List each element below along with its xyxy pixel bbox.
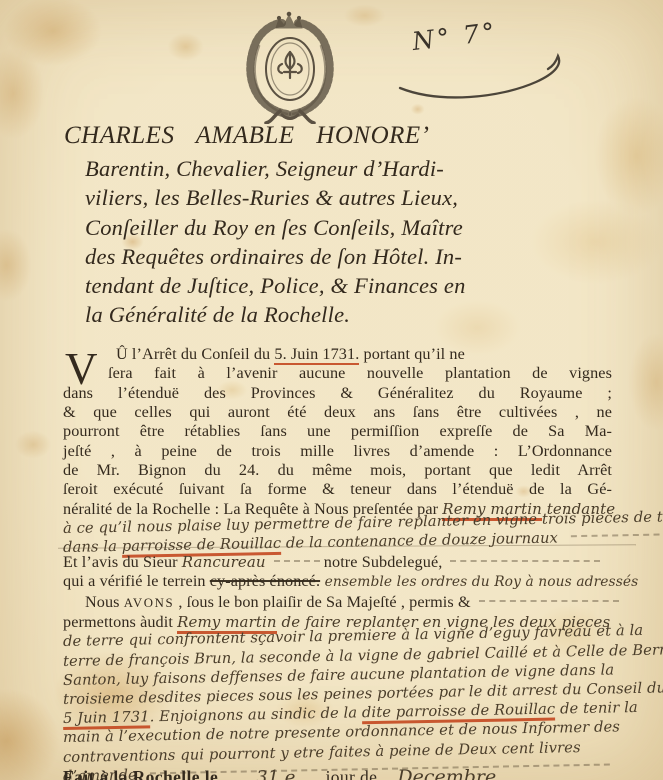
handwritten-insert: ensemble les ordres du Roy à nous adress…	[320, 574, 638, 590]
dateline-printed2: jour de	[325, 767, 377, 780]
title-line: Conſeiller du Roy en ſes Conſeils, Maîtr…	[85, 213, 466, 242]
red-underlined-date: 5. Juin 1731.	[274, 345, 359, 365]
body-text: portant qu’il ne	[359, 345, 465, 363]
body-text: , ſous le bon plaiſir de Sa Majeſté , pe…	[174, 593, 470, 611]
paragraph-decree: V Û l’Arrêt du Conſeil du 5. Juin 1731. …	[63, 345, 612, 558]
title-line: viliers, les Belles-Ruries & autres Lieu…	[85, 183, 466, 212]
body-text: Û l’Arrêt du Conſeil du	[116, 345, 274, 363]
body-line: & que celles qui auront été deux ans ſan…	[63, 403, 612, 422]
dateline-month: Decembre	[397, 766, 496, 780]
dateline-day: 31.e	[256, 767, 295, 780]
pen-filler-dash	[450, 560, 600, 562]
title-line: Barentin, Chevalier, Seigneur d’Hardi-	[85, 154, 466, 183]
body-text-smallcaps: AVONS	[124, 596, 174, 610]
body-text: notre Subdelegué,	[320, 553, 443, 571]
body-line: ſera fait à l’avenir aucune nouvelle pla…	[63, 364, 612, 383]
body-line: de Mr. Bignon du 24. du même mois, porta…	[63, 461, 612, 480]
pen-filler-dash	[571, 533, 663, 537]
handwritten-text: de la contenance de douze journaux	[281, 530, 563, 552]
title-line: tendant de Juſtice, Police, & Finances e…	[85, 271, 466, 300]
drop-cap: V	[65, 349, 98, 389]
title-block: Barentin, Chevalier, Seigneur d’Hardi- v…	[85, 154, 466, 330]
handwritten-text: de tenir la	[555, 699, 638, 718]
document-title: CHARLES AMABLE HONORE’	[64, 122, 430, 150]
title-line: des Requêtes ordinaires de ſon Hôtel. In…	[85, 242, 466, 271]
body-line: dans l’étenduë des Provinces & Généralit…	[63, 384, 612, 403]
body-text: permettons àudit	[63, 613, 177, 631]
paragraph-permission: Et l’avis du Sieur Rancureau notre Subde…	[63, 553, 621, 780]
dateline: Fait à la Rochelle le 31.e jour de Decem…	[63, 766, 496, 780]
body-line: jeſté , à peine de trois mille livres d’…	[63, 442, 612, 461]
title-line: la Généralité de la Rochelle.	[85, 300, 466, 329]
body-line: pourront être rétablies ſans une permiſſ…	[63, 422, 612, 441]
body-line: ſeroit exécuté ſuivant ſa forme & teneur…	[63, 480, 612, 499]
royal-crest-icon	[230, 10, 352, 129]
subdelegate-name-rancureau: Rancureau	[182, 553, 266, 571]
dateline-printed: Fait à la Rochelle le	[63, 767, 218, 780]
body-text: Nous	[85, 593, 124, 611]
royal-coat-of-arms	[230, 10, 352, 124]
body-text: qui a vérifié le terrein	[63, 572, 210, 590]
aged-document-page: N° 7° CHARLES AMABLE HONORE’ Barentin, C…	[0, 0, 663, 780]
pen-filler-dash	[479, 600, 619, 602]
pen-flourish-underline-icon	[396, 48, 576, 104]
doc-number-mark: N° 7°	[412, 22, 498, 51]
pen-filler-dash	[274, 560, 320, 562]
body-text: Et l’avis du Sieur	[63, 553, 182, 571]
struck-through-text: cy-après énoncé.	[210, 572, 320, 590]
